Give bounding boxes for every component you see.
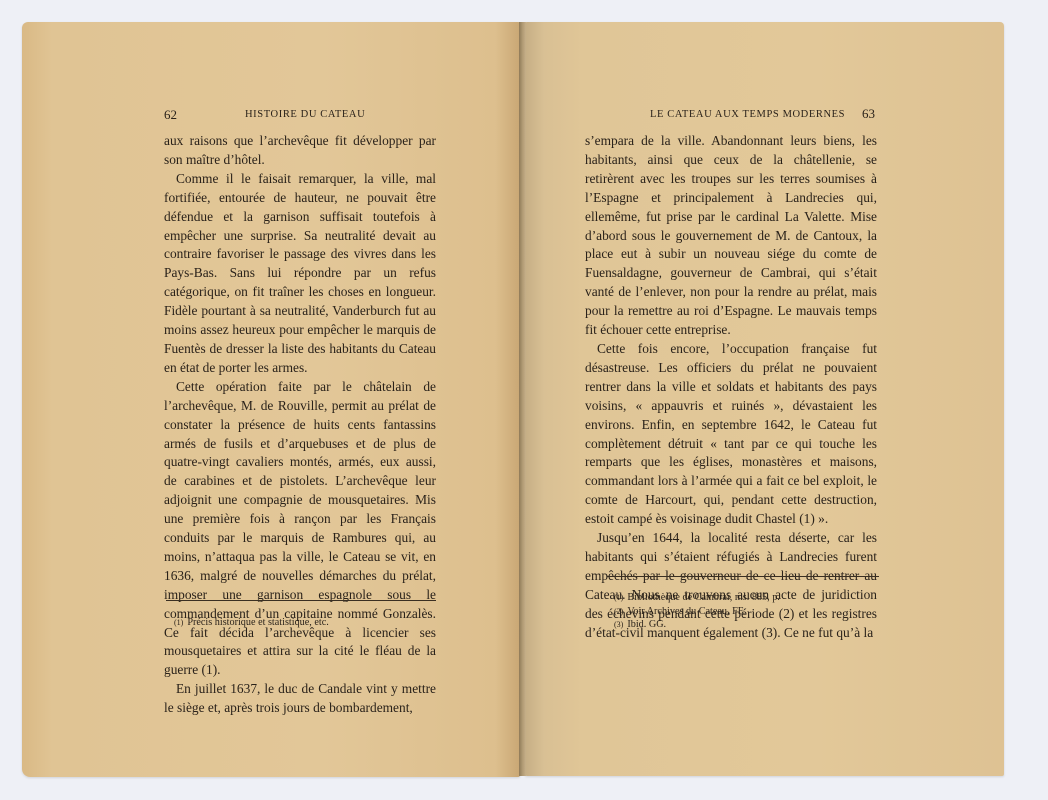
footnote: (1)Précis historique et statistique, etc… — [174, 616, 436, 630]
book-gutter — [519, 22, 526, 776]
left-running-head: HISTOIRE DU CATEAU — [245, 109, 365, 120]
paragraph: Cette fois encore, l’occupation français… — [585, 340, 877, 529]
footnote: (2)Voir Archives du Cateau, FF. — [614, 605, 876, 619]
right-body-text: s’empara de la ville. Abandonnant leurs … — [585, 132, 877, 642]
paragraph: Cette opération faite par le châtelain d… — [164, 378, 436, 681]
paragraph: aux raisons que l’archevêque fit dévelop… — [164, 132, 436, 170]
footnote-text: Ibid. GG. — [627, 619, 666, 630]
footnote-text: Précis historique et statistique, etc. — [187, 617, 328, 628]
footnote-text: Voir Archives du Cateau, FF. — [627, 606, 745, 617]
footnote-rule — [166, 600, 436, 601]
left-footnotes: (1)Précis historique et statistique, etc… — [174, 616, 436, 630]
footnote: (1)Bibliothèque de Cambrai, ms. 885, p. — [614, 591, 876, 605]
left-body-text: aux raisons que l’archevêque fit dévelop… — [164, 132, 436, 718]
footnote-mark: (1) — [174, 618, 183, 627]
footnote-mark: (2) — [614, 607, 623, 616]
footnote-mark: (1) — [614, 593, 623, 602]
paragraph: Comme il le faisait remarquer, la ville,… — [164, 170, 436, 378]
paragraph: En juillet 1637, le duc de Candale vint … — [164, 680, 436, 718]
footnote-rule — [607, 576, 879, 577]
paragraph: s’empara de la ville. Abandonnant leurs … — [585, 132, 877, 340]
footnote: (3)Ibid. GG. — [614, 618, 876, 632]
right-running-head: LE CATEAU AUX TEMPS MODERNES — [650, 109, 845, 120]
footnote-text: Bibliothèque de Cambrai, ms. 885, p. — [627, 592, 780, 603]
right-footnotes: (1)Bibliothèque de Cambrai, ms. 885, p. … — [614, 591, 876, 632]
footnote-mark: (3) — [614, 620, 623, 629]
left-page-number: 62 — [164, 107, 177, 123]
right-page-number: 63 — [862, 106, 875, 122]
